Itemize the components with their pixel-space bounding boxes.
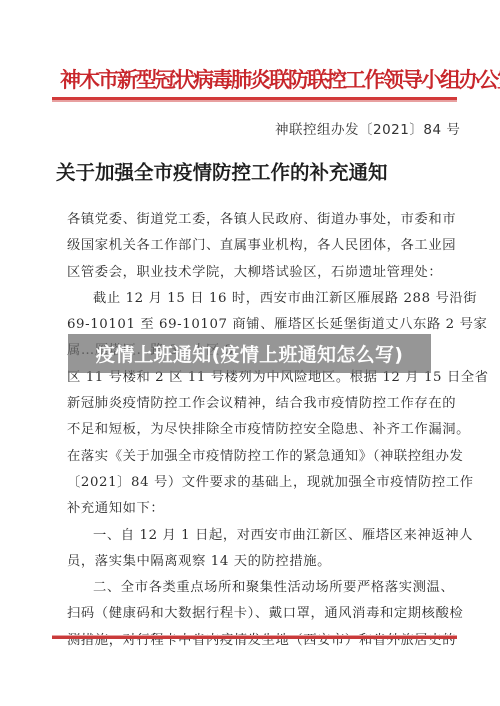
body-line: 在落实《关于加强全市疫情防控工作的紧急通知》（神联控组办发	[67, 444, 437, 470]
body-line: 一、自 12 月 1 日起，对西安市曲江新区、雁塔区来神返神人	[67, 523, 437, 549]
red-divider-bottom	[52, 636, 457, 639]
body-line: 〔2021〕84 号）文件要求的基础上，现就加强全市疫情防控工作	[67, 470, 437, 496]
body-line: 员，落实集中隔离观察 14 天的防控措施。	[67, 549, 437, 575]
body-line: 新冠肺炎疫情防控工作会议精神，结合我市疫情防控工作存在的	[67, 391, 437, 417]
body-line: 截止 12 月 15 日 16 时，西安市曲江新区雁展路 288 号沿街	[67, 286, 437, 312]
issuer-header: 神木市新型冠状病毒肺炎联防联控工作领导小组办公室	[60, 64, 440, 94]
body-line: 补充通知如下：	[67, 496, 437, 522]
caption-overlay: 疫情上班通知(疫情上班通知怎么写)	[68, 334, 431, 373]
document-number: 神联控组办发〔2021〕84 号	[275, 118, 460, 138]
body-line: 级国家机关各工作部门、直属事业机构，各人民团体，各工业园	[67, 233, 437, 259]
document-title: 关于加强全市疫情防控工作的补充通知	[56, 157, 436, 185]
caption-text: 疫情上班通知(疫情上班通知怎么写)	[96, 340, 403, 367]
body-line: 扫码（健康码和大数据行程卡）、戴口罩，通风消毒和定期核酸检	[67, 601, 437, 627]
body-line: 测措施，对行程卡中省内疫情发生地（西安市）和省外旅居史的	[67, 628, 437, 654]
body-line: 区管委会，职业技术学院，大柳塔试验区，石峁遗址管理处：	[67, 260, 437, 286]
body-line: 不足和短板，为尽快排除全市疫情防控安全隐患、补齐工作漏洞。	[67, 417, 437, 443]
document-body: 各镇党委、街道党工委，各镇人民政府、街道办事处，市委和市 级国家机关各工作部门、…	[67, 207, 437, 654]
red-divider-top	[52, 97, 457, 100]
body-line: 各镇党委、街道党工委，各镇人民政府、街道办事处，市委和市	[67, 207, 437, 233]
body-line: 二、全市各类重点场所和聚集性活动场所要严格落实测温、	[67, 575, 437, 601]
